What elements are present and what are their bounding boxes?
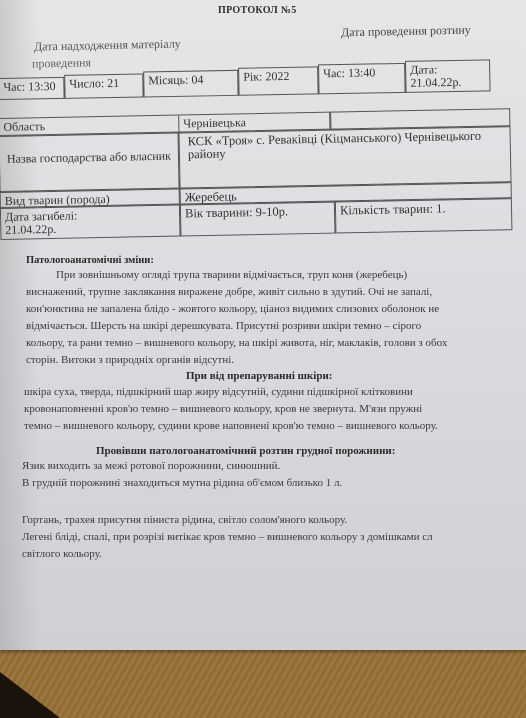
wooden-table-background: [0, 648, 526, 718]
owner-label: Назва господарства або власник: [0, 133, 180, 192]
skin-paragraph: шкіра суха, тверда, підшкірний шар жиру …: [24, 384, 526, 435]
larynx-line: світлого кольору.: [22, 546, 526, 563]
day-cell: Число: 21: [64, 73, 143, 98]
pathology-line: сторін. Витоки з природніх органів відсу…: [26, 352, 526, 369]
larynx-line: Легені бліді, спалі, при розрізі витікає…: [22, 529, 526, 546]
animal-info-table: Область Чернівецька Назва господарства а…: [0, 98, 525, 248]
pathology-line: відмічається. Шерсть на шкірі дерешкуват…: [26, 318, 526, 335]
dissection-date-label: Дата проведення розтину: [341, 23, 471, 41]
month-cell: Місяць: 04: [143, 70, 238, 98]
year-cell: Рік: 2022: [238, 66, 318, 95]
chest-paragraph: Язик виходить за межі ротової порожнини,…: [22, 458, 526, 492]
document-title: ПРОТОКОЛ №5: [218, 5, 297, 16]
pathology-line: При зовнішньому огляді трупа тварини від…: [26, 267, 526, 284]
pathology-line: виснажений, трупне заклякання виражене д…: [26, 284, 526, 301]
chest-line: В грудній порожнині знаходиться мутна рі…: [22, 475, 526, 492]
document-page: ПРОТОКОЛ №5 Дата надходження матеріалу п…: [0, 0, 526, 650]
skin-heading: При від препаруванні шкіри:: [186, 370, 332, 382]
chest-heading: Провівши патологоанатомічний розтин груд…: [96, 445, 395, 457]
chest-line: Язик виходить за межі ротової порожнини,…: [22, 458, 526, 475]
pathology-line: кольору, та рани темно – вишневого кольо…: [26, 335, 526, 352]
owner-value: КСК «Троя» с. Реваківці (Кіцманського) Ч…: [179, 126, 512, 188]
skin-line: кровонаповненні кров'ю темно – вишневого…: [24, 401, 526, 418]
animal-age: Вік тварини: 9-10р.: [180, 202, 336, 237]
dissection-time-cell: Час: 13:40: [318, 63, 406, 95]
animal-count: Кількість тварин: 1.: [335, 198, 513, 233]
skin-line: темно – вишневого кольору, судини крове …: [24, 418, 526, 435]
larynx-line: Гортань, трахея присутня піниста рідина,…: [22, 512, 526, 529]
pathology-paragraph: При зовнішньому огляді трупа тварини від…: [26, 267, 526, 369]
dissection-date-cell: Дата: 21.04.22р.: [405, 59, 491, 92]
death-date-cell: Дата загибелі: 21.04.22р.: [0, 205, 181, 240]
pathology-heading: Патологоанатомічні зміни:: [26, 255, 154, 266]
skin-line: шкіра суха, тверда, підшкірний шар жиру …: [24, 384, 526, 401]
dark-corner-shadow: [0, 672, 60, 718]
received-time-cell: Час: 13:30: [0, 77, 65, 100]
death-date-value: 21.04.22р.: [5, 221, 175, 237]
larynx-paragraph: Гортань, трахея присутня піниста рідина,…: [22, 512, 526, 563]
material-received-label: Дата надходження матеріалу: [34, 36, 181, 54]
pathology-line: кон'юнктива не запалена блідо - жовтого …: [26, 301, 526, 318]
